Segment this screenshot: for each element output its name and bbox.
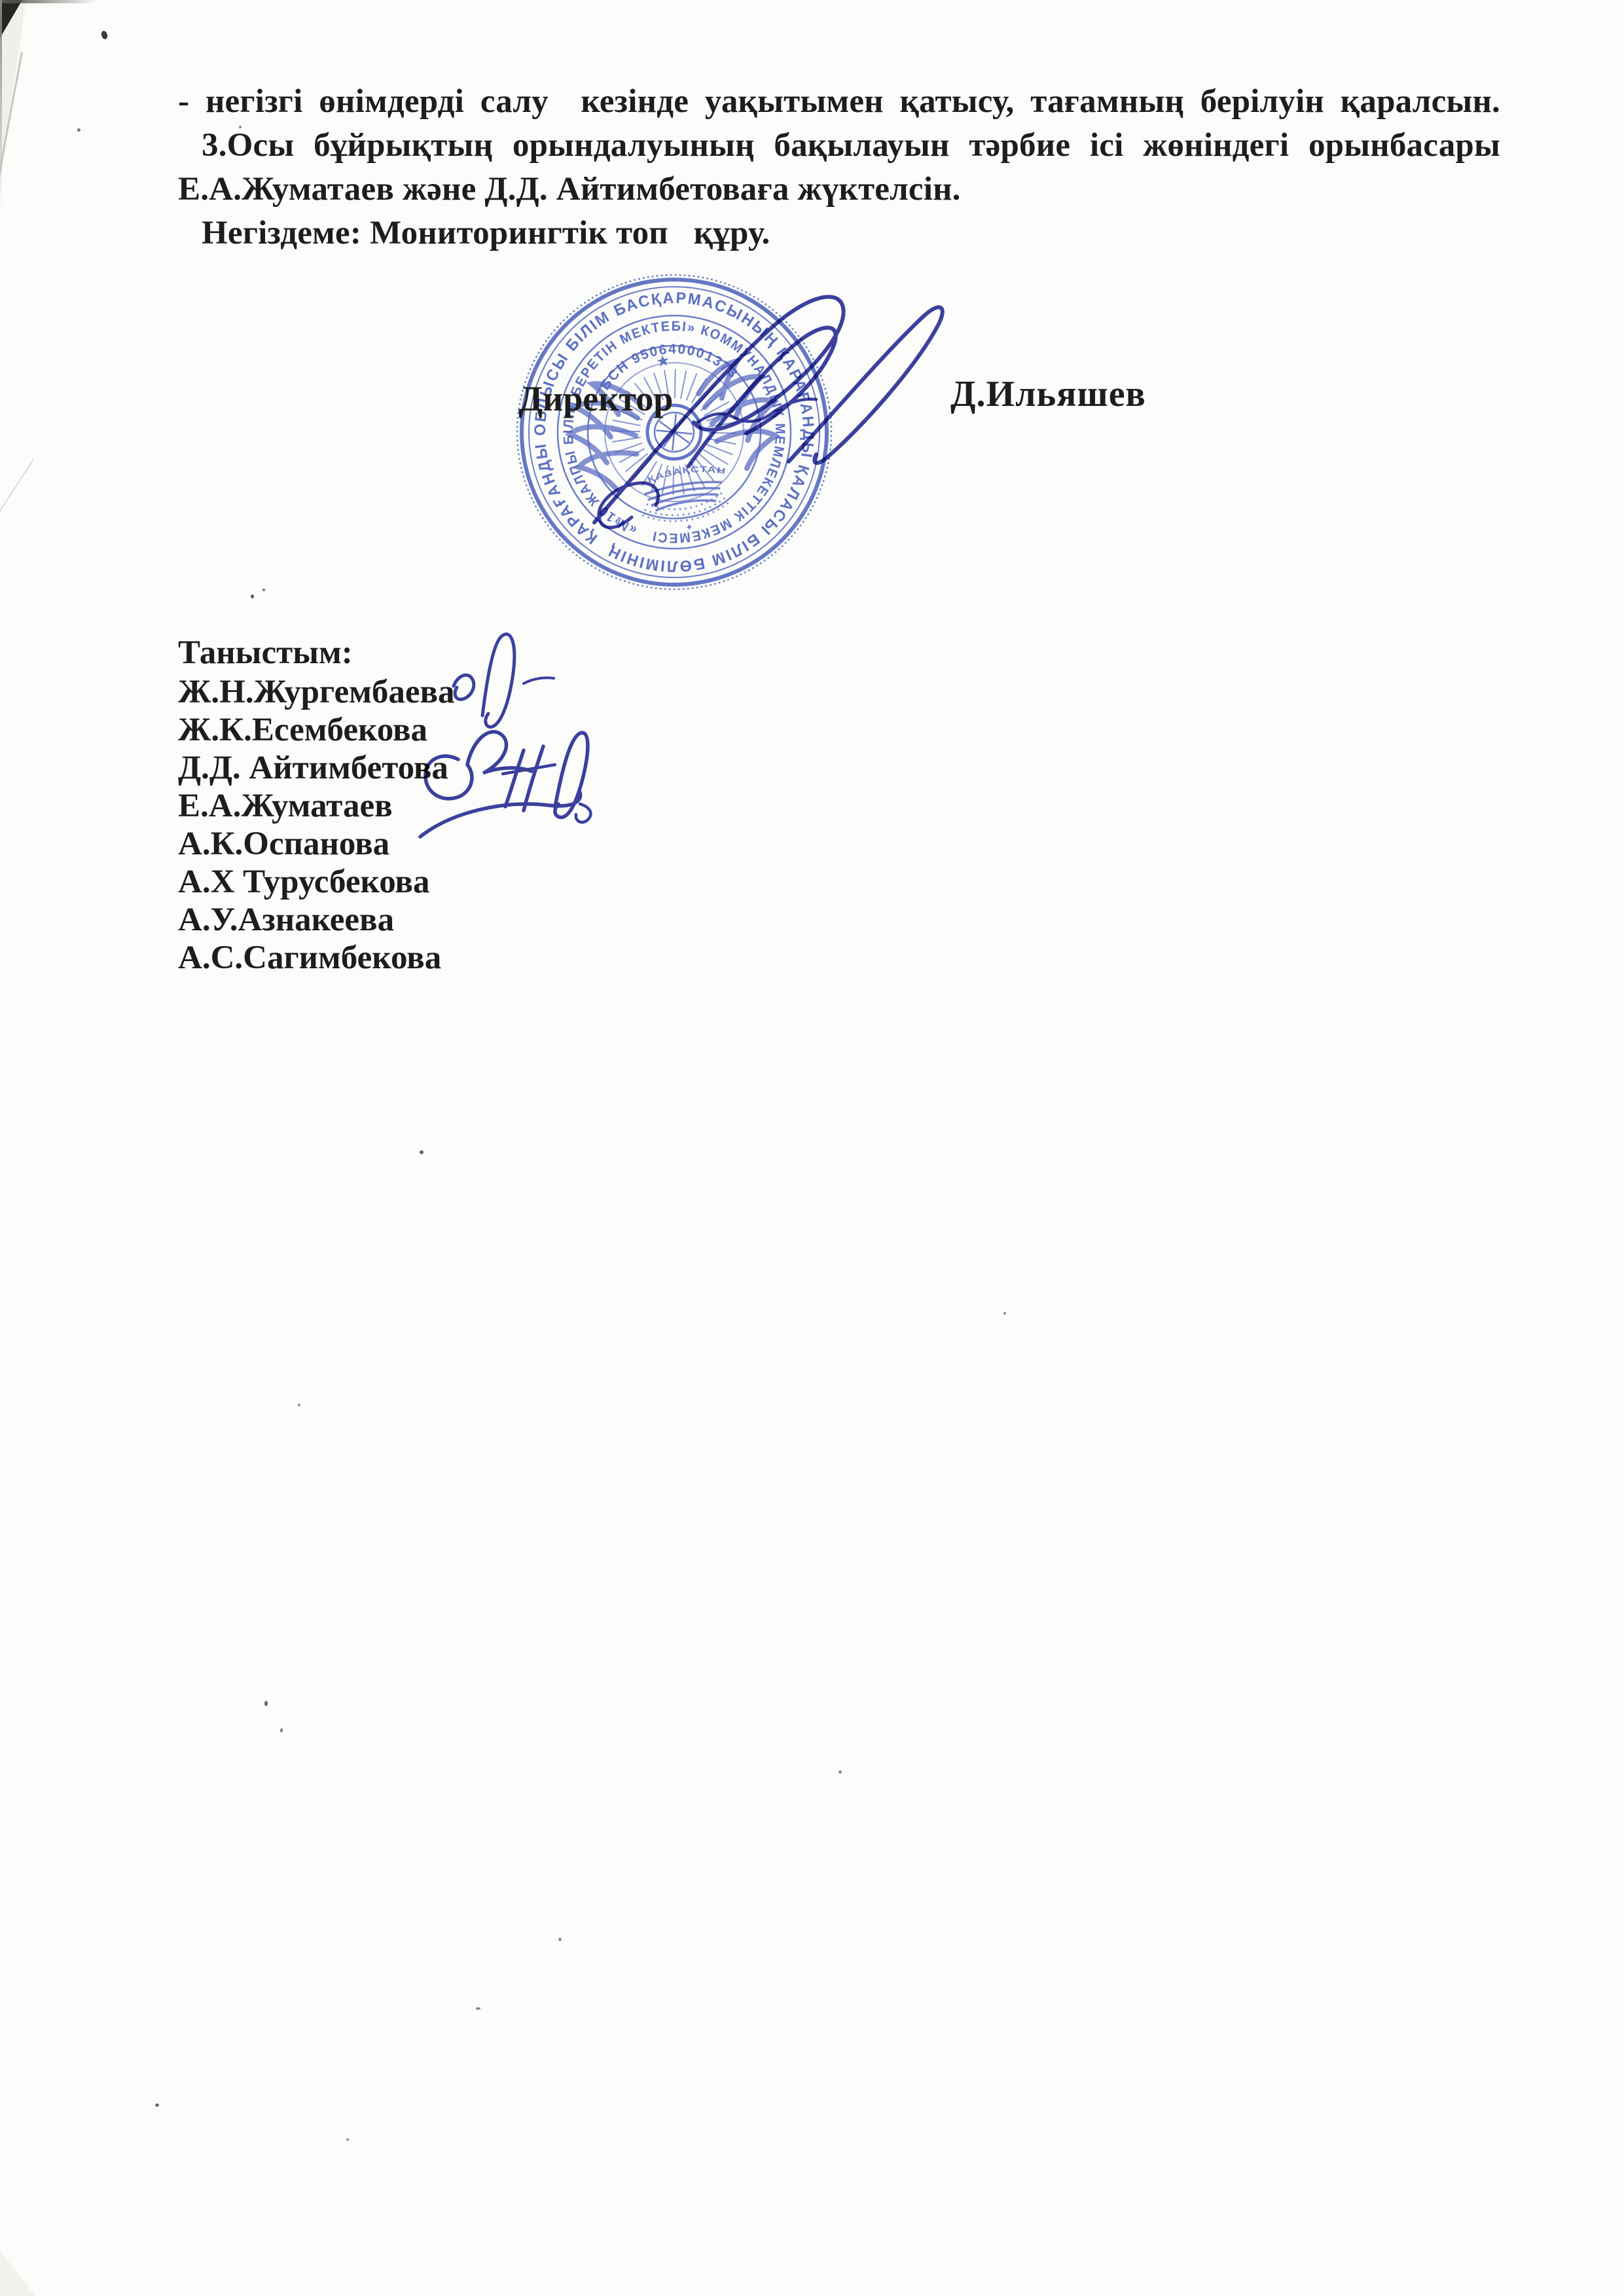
fold-crease-small [0, 459, 34, 524]
director-role-label: Директор [518, 378, 673, 419]
acknowledgement-name: А.К.Оспанова [178, 825, 455, 863]
ink-speck [298, 1404, 300, 1406]
acknowledgement-block: Таныстым: Ж.Н.Жургембаева Ж.К.Есембекова… [178, 634, 455, 977]
emblem-star-icon: ★ [655, 352, 671, 371]
acknowledgement-name: Ж.Н.Жургембаева [178, 673, 455, 711]
ink-speck [264, 1701, 268, 1706]
order-text-block: - негізгі өнімдерді салу кезінде уақытым… [178, 80, 1500, 255]
acknowledgement-heading: Таныстым: [178, 634, 455, 672]
acknowledgement-name: А.У.Азнакеева [178, 901, 455, 939]
director-name: Д.Ильяшев [950, 373, 1146, 415]
emblem-bottom-star-icon: ✦ [685, 521, 694, 533]
ink-speck [100, 30, 108, 40]
ink-speck [251, 594, 254, 598]
acknowledgement-signature-1 [454, 634, 554, 727]
ink-speck [280, 1728, 283, 1732]
bottom-corner-fold [0, 2250, 35, 2296]
acknowledgement-name: Ж.К.Есембекова [178, 711, 455, 749]
acknowledgement-name: А.С.Сагимбекова [178, 939, 455, 977]
order-line-3: Е.А.Жуматаев және Д.Д. Айтимбетоваға жүк… [178, 168, 1500, 211]
top-edge-sliver [0, 0, 98, 3]
ink-speck [77, 128, 81, 132]
acknowledgement-name: Д.Д. Айтимбетова [178, 749, 455, 787]
ink-speck [1003, 1312, 1006, 1315]
ink-speck [420, 1150, 424, 1154]
ink-speck [839, 1770, 842, 1774]
ink-speck [558, 1938, 562, 1941]
ink-speck [346, 2138, 349, 2141]
acknowledgement-name: А.Х Турусбекова [178, 863, 455, 901]
ink-speck [155, 2104, 159, 2107]
order-line-4: Негіздеме: Мониторингтік топ құру. [178, 211, 1500, 255]
scanned-page: - негізгі өнімдерді салу кезінде уақытым… [0, 0, 1624, 2296]
left-edge-line [0, 0, 2, 210]
order-line-2: 3.Осы бұйрықтың орындалуының бақылауын т… [178, 124, 1500, 168]
ink-speck [476, 2007, 480, 2010]
official-stamp: ҚАРАҒАНДЫ ОБЛЫСЫ БІЛІМ БАСҚАРМАСЫНЫҢ ҚАР… [504, 262, 844, 602]
order-line-1: - негізгі өнімдерді салу кезінде уақытым… [178, 80, 1500, 124]
acknowledgement-name: Е.А.Жуматаев [178, 787, 455, 825]
emblem-ribbon-lines [643, 479, 725, 512]
ink-speck [262, 589, 265, 591]
